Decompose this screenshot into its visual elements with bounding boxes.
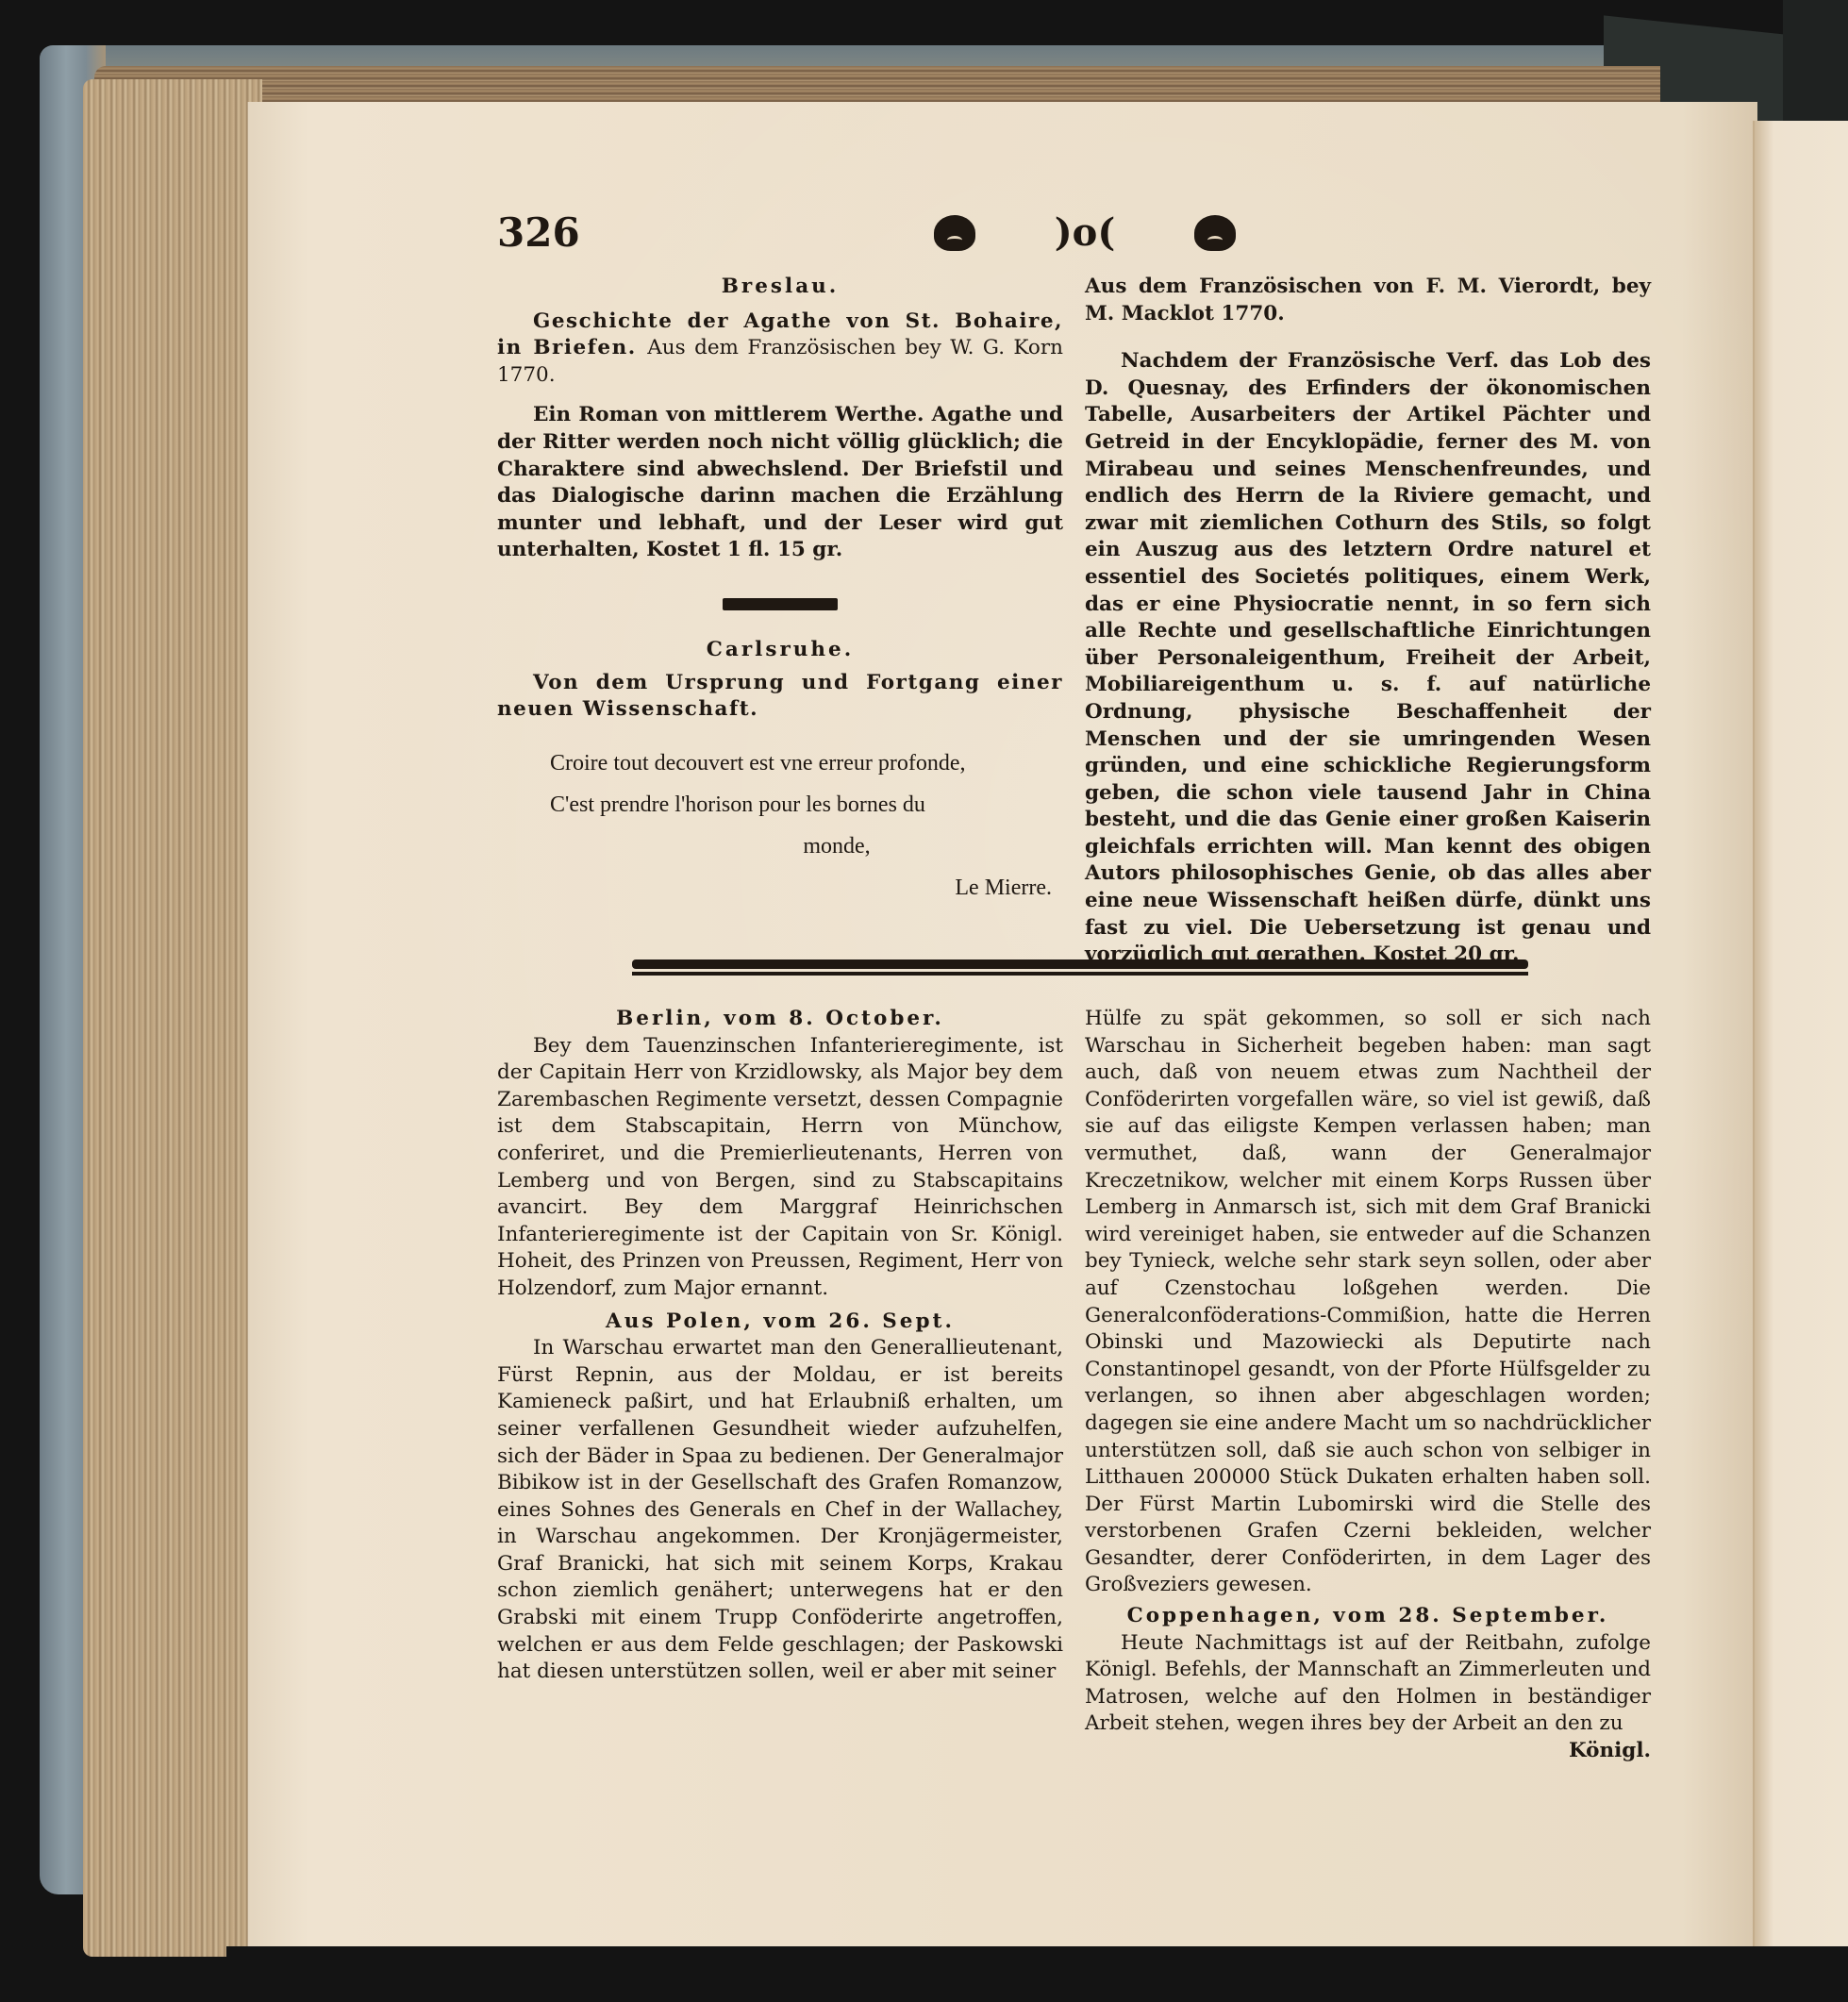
column-bottom-right: Hülfe zu spät gekommen, so soll er sich … (1085, 1006, 1651, 1765)
review-text: Nachdem der Französische Verf. das Lob d… (1085, 348, 1651, 969)
column-bottom-left: Berlin, vom 8. October. Bey dem Tauenzin… (497, 1006, 1063, 1686)
news-item-continued: Hülfe zu spät gekommen, so soll er sich … (1085, 1006, 1651, 1599)
price: Kostet 1 fl. 15 gr. (646, 538, 842, 561)
news-item: Bey dem Tauenzinschen Infanterieregiment… (497, 1033, 1063, 1303)
news-dateline: Coppenhagen, vom 28. September. (1085, 1603, 1651, 1630)
verse-line: Croire tout decouvert est vne erreur pro… (497, 742, 1063, 784)
news-dateline: Aus Polen, vom 26. Sept. (497, 1309, 1063, 1336)
news-dateline: Berlin, vom 8. October. (497, 1006, 1063, 1033)
column-top-left: Breslau. Geschichte der Agathe von St. B… (497, 274, 1063, 909)
header-ornaments: )o( (934, 209, 1236, 257)
double-rule-divider (632, 959, 1528, 978)
shell-ornament-icon (934, 215, 975, 251)
catchword: Königl. (1085, 1738, 1651, 1765)
verse-author: Le Mierre. (497, 867, 1063, 909)
verse-line: C'est prendre l'horison pour les bornes … (497, 784, 1063, 826)
page-block-fore-edge (83, 79, 262, 1957)
rule-thick (632, 959, 1528, 969)
facing-page (1753, 121, 1848, 1946)
place-heading: Carlsruhe. (497, 637, 1063, 664)
review-text: Ein Roman von mittlerem Werthe. Agathe u… (497, 402, 1063, 564)
review-body: Nachdem der Französische Verf. das Lob d… (1085, 349, 1651, 966)
section-rule (723, 598, 838, 610)
news-item: Heute Nachmittags ist auf der Reitbahn, … (1085, 1630, 1651, 1738)
book-cover-corner (1783, 0, 1848, 123)
column-top-right: Aus dem Französischen von F. M. Vierordt… (1085, 274, 1651, 969)
book-title: Von dem Ursprung und Fortgang einer neue… (497, 670, 1063, 724)
news-item: In Warschau erwartet man den Generallieu… (497, 1335, 1063, 1686)
book-imprint: Aus dem Französischen von F. M. Vierordt… (1085, 274, 1651, 327)
shell-ornament-icon (1194, 215, 1236, 251)
place-heading: Breslau. (497, 274, 1063, 301)
divider-ornament: )o( (1055, 214, 1116, 252)
book-title: Geschichte der Agathe von St. Bohaire, i… (497, 309, 1063, 390)
background-bottom (226, 1946, 1848, 2002)
verse-line: monde, (497, 826, 1063, 867)
epigraph: Croire tout decouvert est vne erreur pro… (497, 742, 1063, 909)
rule-thin (632, 972, 1528, 976)
page-number: 326 (497, 209, 580, 256)
